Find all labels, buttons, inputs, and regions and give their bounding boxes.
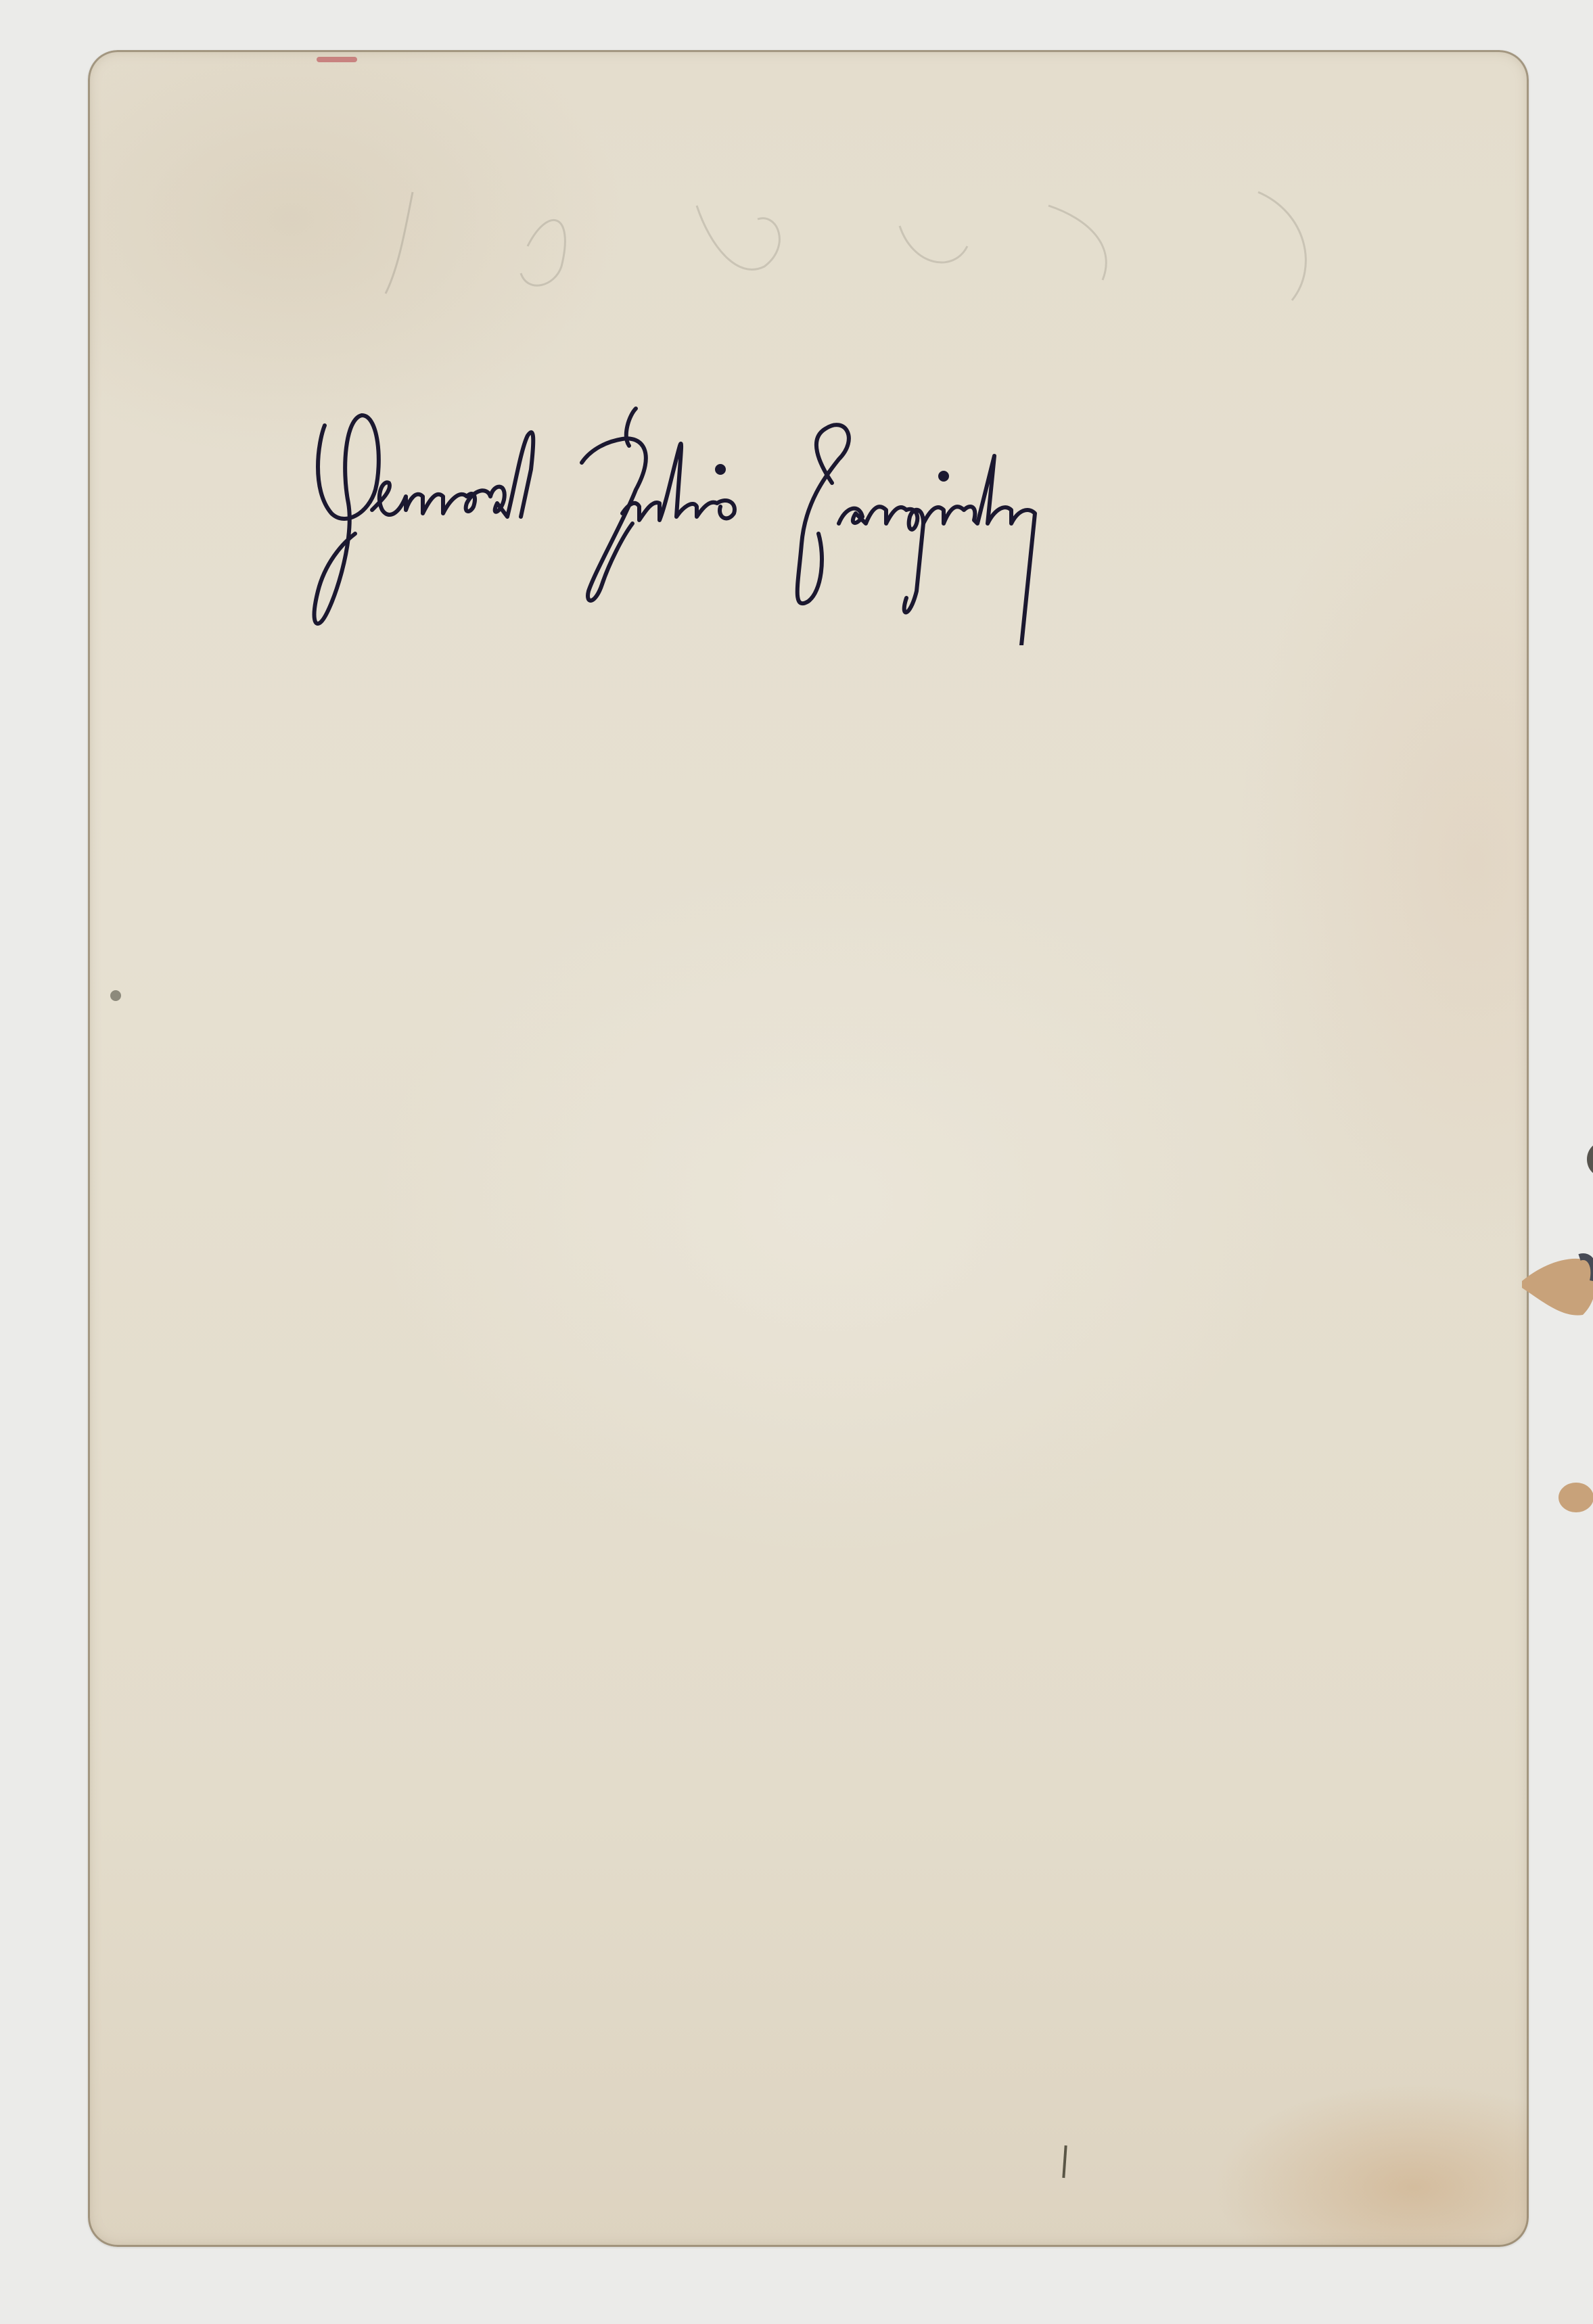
signature-strokes xyxy=(304,388,1536,645)
edge-damage xyxy=(1495,1119,1593,1565)
ink-spot xyxy=(110,990,121,1001)
red-fleck xyxy=(317,57,357,62)
photo-card-back: General Julio Sanguily xyxy=(88,50,1529,2247)
erased-pencil-marks xyxy=(359,165,1373,314)
pen-mark xyxy=(1062,2145,1067,2178)
handwritten-inscription: General Julio Sanguily xyxy=(304,388,1536,645)
